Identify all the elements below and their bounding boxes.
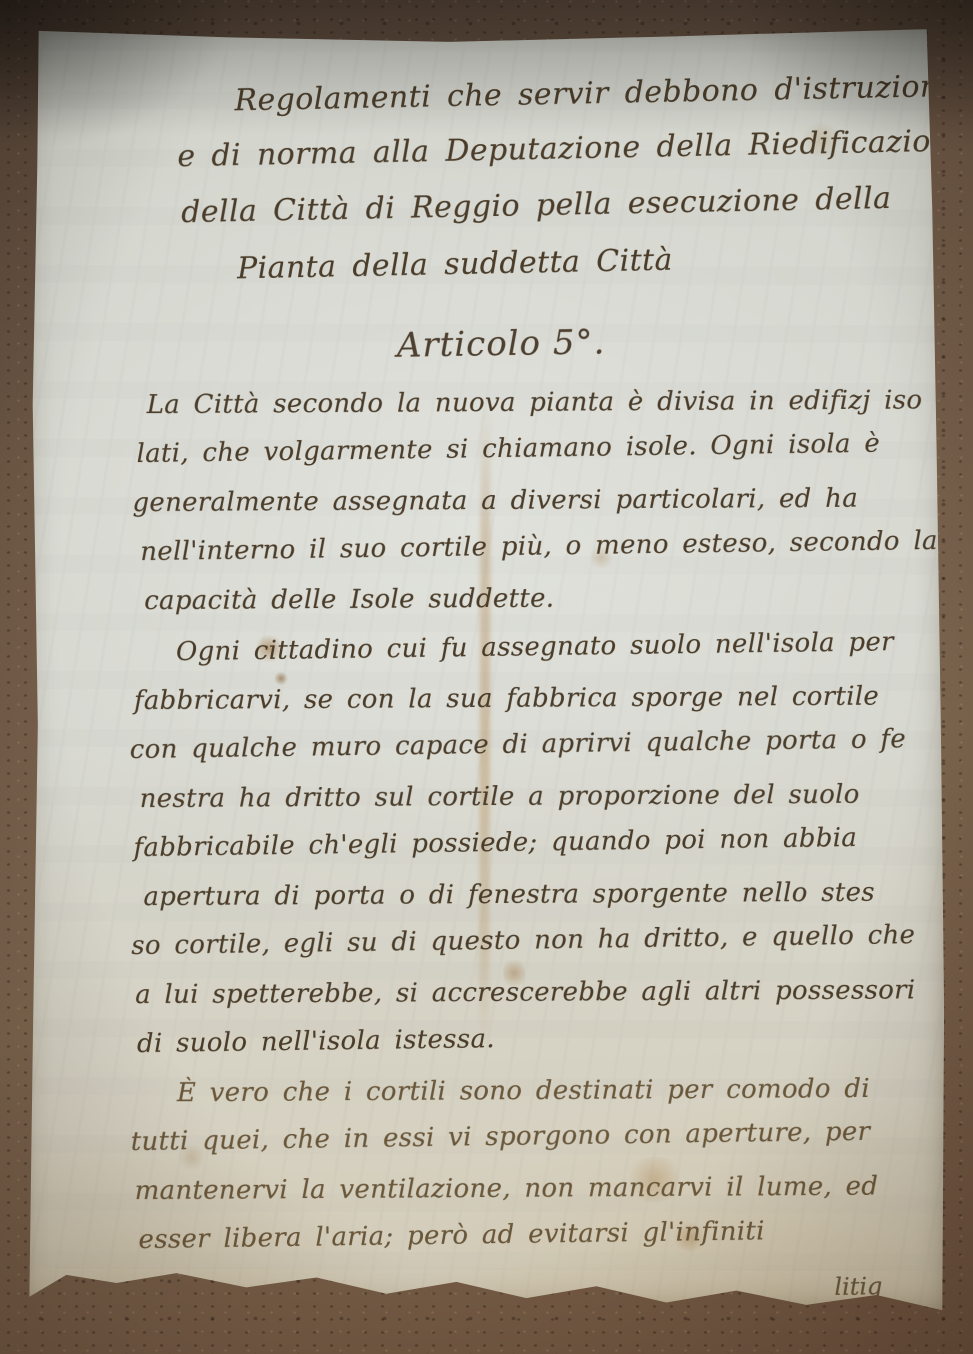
body-line: Ogni cittadino cui fu assegnato suolo ne…	[176, 627, 894, 667]
body-line: a lui spetterebbe, si accrescerebbe agli…	[135, 975, 916, 1010]
title-line-1: Regolamenti che servir debbono d'istruzi…	[234, 69, 960, 119]
body-line: apertura di porta o di fenestra sporgent…	[143, 878, 875, 912]
title-line-2: e di norma alla Deputazione della Riedif…	[177, 123, 969, 174]
title-line-3: della Città di Reggio pella esecuzione d…	[181, 181, 892, 230]
body-line: generalmente assegnata a diversi partico…	[132, 484, 858, 518]
body-line: fabbricarvi, se con la sua fabbrica spor…	[134, 682, 879, 717]
body-line: mantenervi la ventilazione, non mancarvi…	[135, 1172, 879, 1207]
body-line: so cortile, egli su di questo non ha dri…	[131, 920, 915, 961]
body-line: lati, che volgarmente si chiamano isole.…	[136, 429, 880, 469]
body-line: capacità delle Isole suddette.	[144, 584, 554, 617]
catchword: litig	[834, 1272, 882, 1301]
body-line: nestra ha dritto sul cortile a proporzio…	[140, 780, 860, 814]
body-line: La Città secondo la nuova pianta è divis…	[147, 385, 923, 420]
title-line-4: Pianta della suddetta Città	[237, 243, 673, 287]
body-line: con qualche muro capace di aprirvi qualc…	[130, 724, 907, 765]
body-line: fabbricabile ch'egli possiede; quando po…	[133, 823, 857, 863]
body-line: tutti quei, che in essi vi sporgono con …	[131, 1117, 871, 1157]
body-line: di suolo nell'isola istessa.	[137, 1024, 495, 1059]
article-heading: Articolo 5°.	[397, 322, 606, 365]
foxing-stain	[274, 671, 288, 685]
body-line: esser libera l'aria; però ad evitarsi gl…	[138, 1216, 765, 1255]
body-line: nell'interno il suo cortile più, o meno …	[140, 526, 938, 567]
body-line: È vero che i cortili sono destinati per …	[177, 1074, 870, 1108]
manuscript-page: Regolamenti che servir debbono d'istruzi…	[26, 25, 949, 1311]
